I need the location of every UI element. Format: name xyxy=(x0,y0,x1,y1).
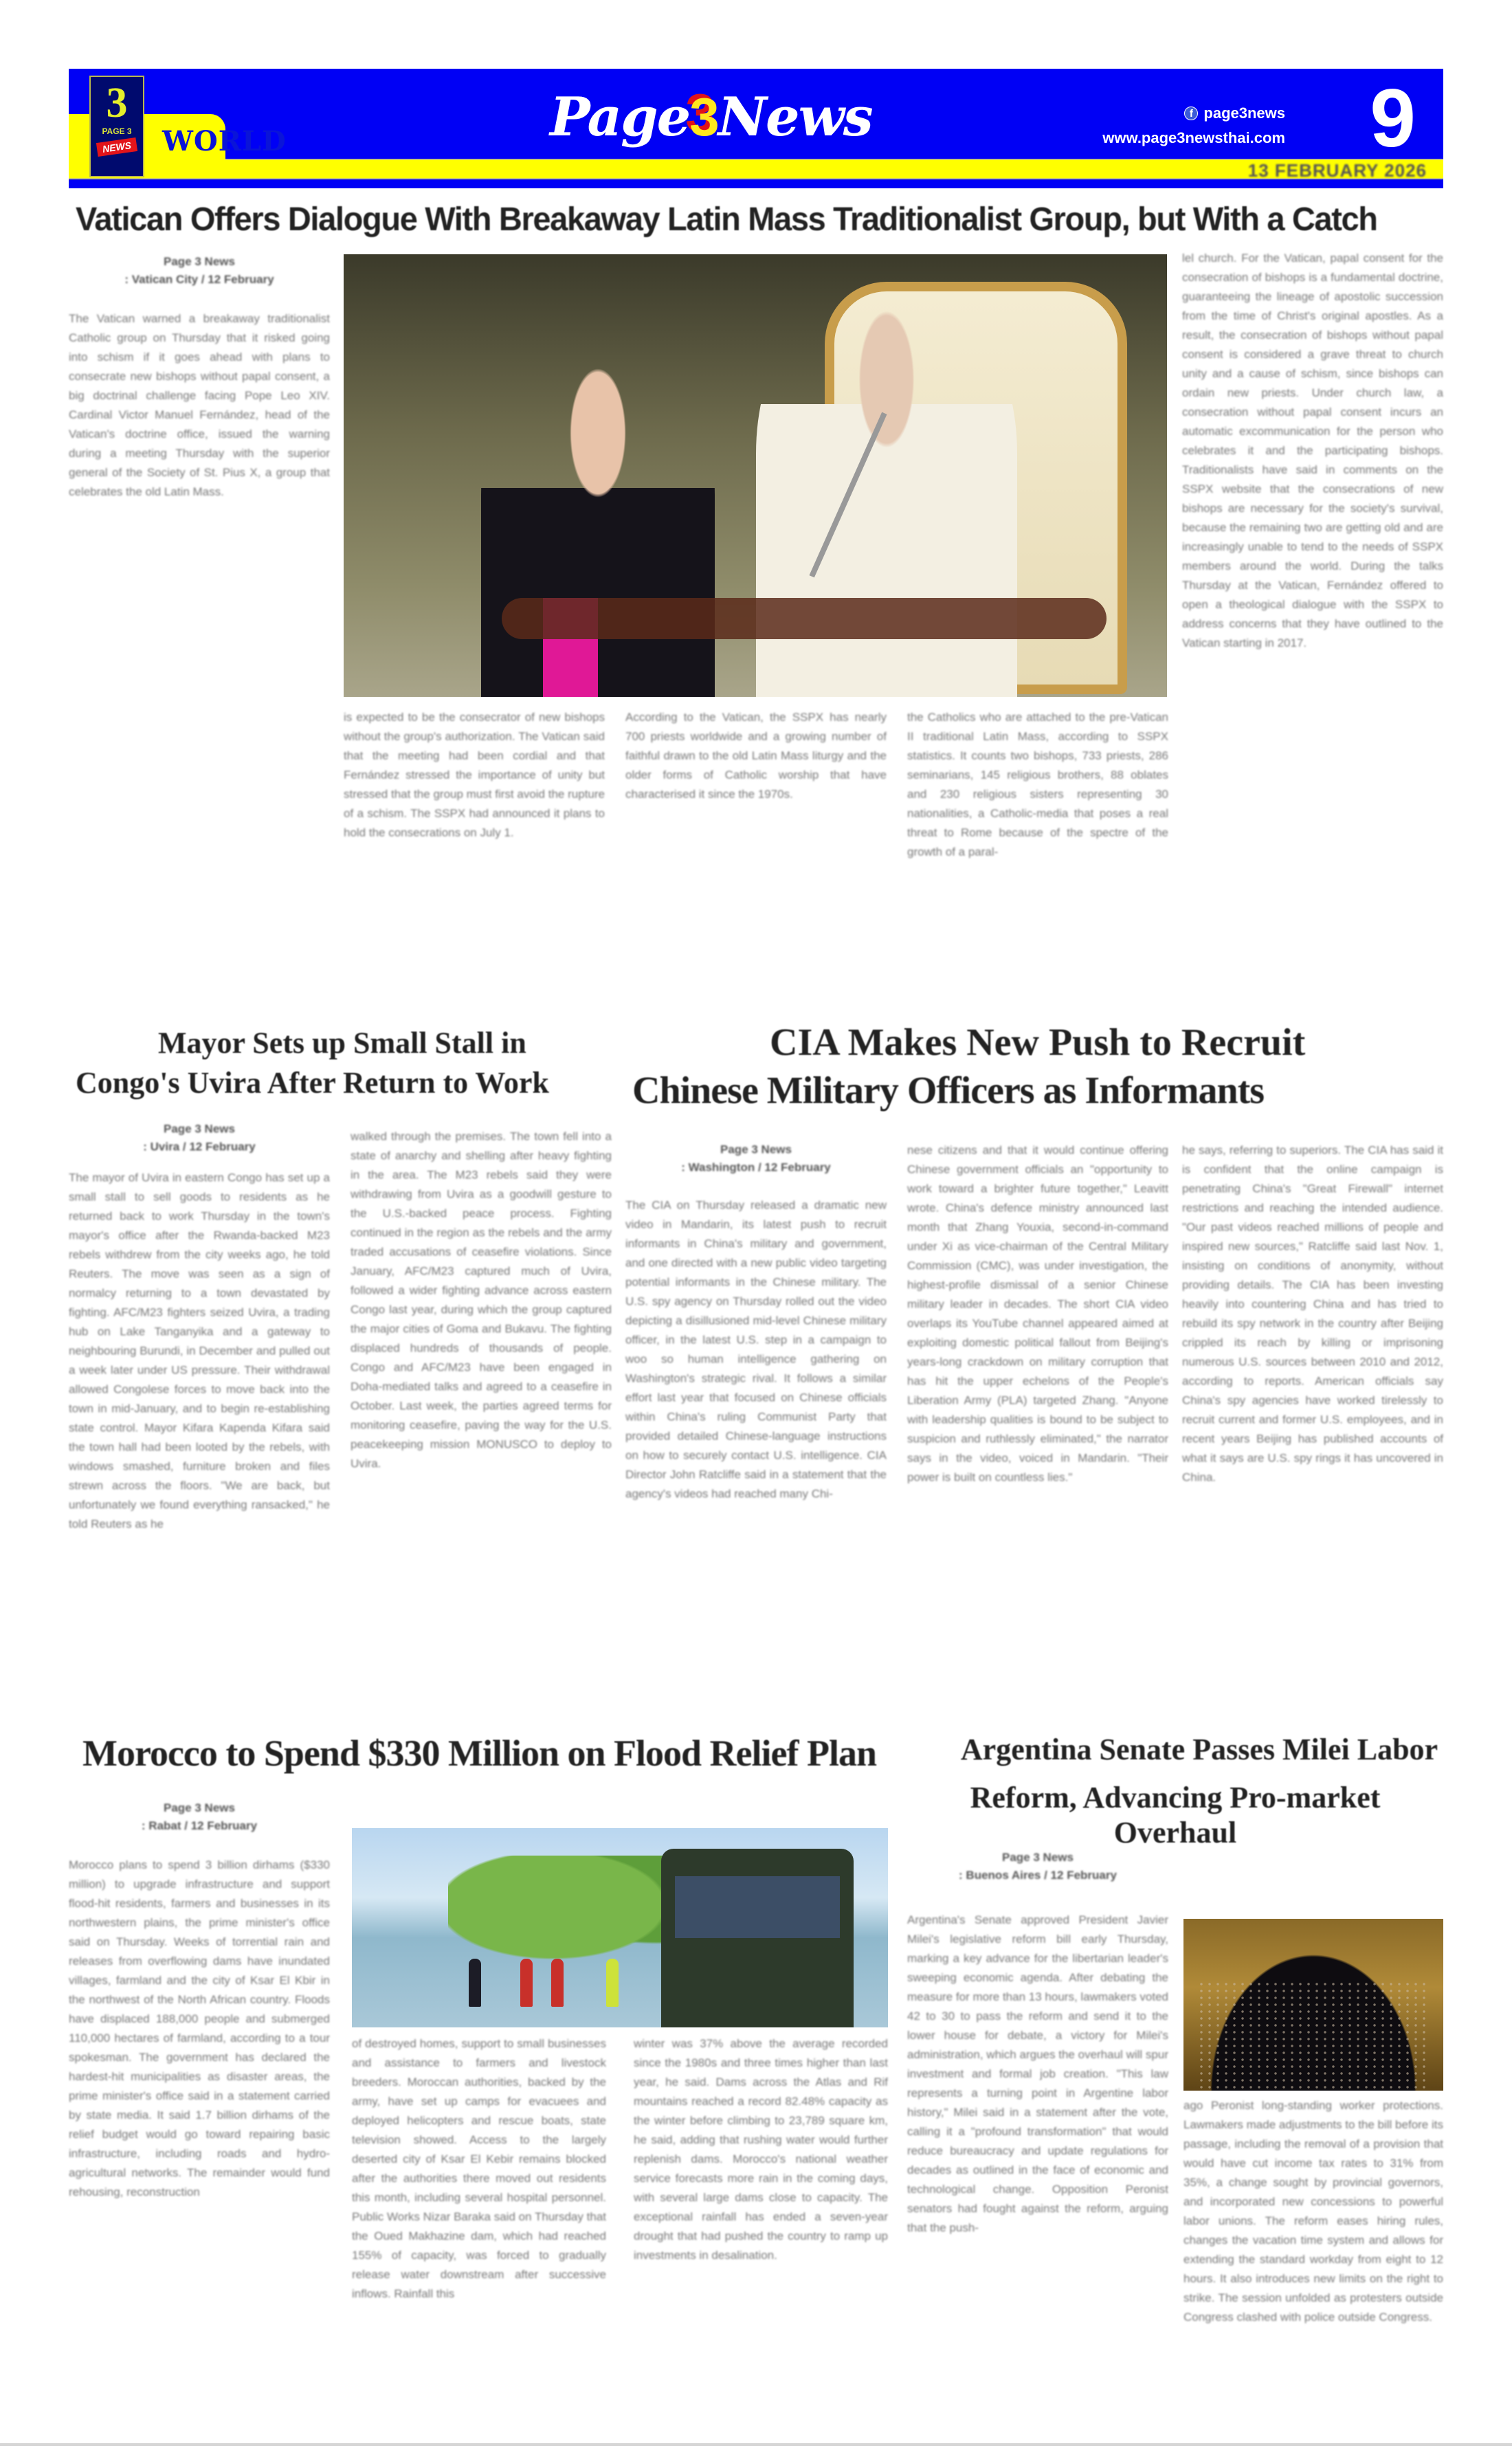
facebook-handle: page3news xyxy=(1203,104,1285,122)
morocco-column-1: Morocco plans to spend 3 billion dirhams… xyxy=(69,1856,330,2405)
website-link[interactable]: www.page3newsthai.com xyxy=(1102,129,1285,147)
vatican-column-5: lel church. For the Vatican, papal conse… xyxy=(1182,249,1443,984)
argentina-byline: Page 3 News : Buenos Aires / 12 February xyxy=(907,1849,1168,1884)
brand-number: 3 xyxy=(689,87,718,147)
cia-column-2: nese citizens and that it would continue… xyxy=(907,1141,1168,1691)
argentina-headline-line-2: Reform, Advancing Pro-market Overhaul xyxy=(907,1780,1443,1850)
byline-source: Page 3 News xyxy=(69,253,330,271)
cia-column-3: he says, referring to superiors. The CIA… xyxy=(1182,1141,1443,1691)
morocco-byline: Page 3 News : Rabat / 12 February xyxy=(69,1799,330,1835)
masthead-yellow-band xyxy=(69,159,1443,179)
byline-source: Page 3 News xyxy=(69,1120,330,1138)
morocco-column-3: winter was 37% above the average recorde… xyxy=(634,2034,888,2405)
byline-source: Page 3 News xyxy=(69,1799,330,1817)
logo-page-label: PAGE 3 xyxy=(102,126,131,136)
morocco-headline: Morocco to Spend $330 Million on Flood R… xyxy=(82,1732,893,1774)
byline-source: Page 3 News xyxy=(625,1141,887,1159)
congo-column-2: walked through the premises. The town fe… xyxy=(351,1127,612,1691)
byline-dateline: : Vatican City / 12 February xyxy=(69,271,330,289)
chair-armrest xyxy=(502,598,1107,639)
vatican-column-1: The Vatican warned a breakaway tradition… xyxy=(69,309,330,997)
rescuer xyxy=(520,1959,533,2007)
vatican-photo xyxy=(344,254,1167,697)
vatican-column-2: is expected to be the consecrator of new… xyxy=(344,708,605,983)
page-number: 9 xyxy=(1370,77,1416,159)
vatican-byline: Page 3 News : Vatican City / 12 February xyxy=(69,253,330,289)
masthead: 3 PAGE 3 NEWS WORLD Page3News f page3new… xyxy=(69,69,1443,188)
contact-info: f page3news www.page3newsthai.com xyxy=(1102,104,1285,147)
military-truck xyxy=(661,1849,854,2027)
facebook-link[interactable]: f page3news xyxy=(1102,104,1285,122)
congo-headline-line-2: Congo's Uvira After Return to Work xyxy=(76,1065,639,1100)
brand-suffix: News xyxy=(718,86,872,148)
brand-wordmark: Page3News xyxy=(550,82,872,152)
cardinal-figure xyxy=(481,357,715,697)
section-label: WORLD xyxy=(162,125,287,157)
logo-number: 3 xyxy=(107,82,128,124)
byline-dateline: : Uvira / 12 February xyxy=(69,1138,330,1156)
truck-windshield xyxy=(675,1876,840,1938)
cia-byline: Page 3 News : Washington / 12 February xyxy=(625,1141,887,1177)
cia-column-1: The CIA on Thursday released a dramatic … xyxy=(625,1196,887,1691)
argentina-senate-photo xyxy=(1183,1919,1443,2091)
brand-prefix: Page xyxy=(550,86,689,148)
argentina-headline-line-1: Argentina Senate Passes Milei Labor xyxy=(955,1732,1443,1767)
congo-headline-line-1: Mayor Sets up Small Stall in xyxy=(158,1025,639,1060)
rescuer xyxy=(606,1959,619,2007)
byline-dateline: : Rabat / 12 February xyxy=(69,1817,330,1835)
issue-date: 13 FEBRUARY 2026 xyxy=(1248,160,1427,181)
person xyxy=(469,1959,481,2007)
facebook-icon: f xyxy=(1184,107,1198,120)
page3-logo: 3 PAGE 3 NEWS xyxy=(89,76,144,177)
vatican-column-3: According to the Vatican, the SSPX has n… xyxy=(625,708,887,983)
senate-crowd xyxy=(1197,1981,1430,2091)
morocco-column-2: of destroyed homes, support to small bus… xyxy=(352,2034,606,2405)
page-bottom-rule xyxy=(0,2443,1512,2446)
logo-news-label: NEWS xyxy=(96,137,137,157)
cia-headline-line-1: CIA Makes New Push to Recruit xyxy=(770,1021,1443,1065)
argentina-column-2: ago Peronist long-standing worker protec… xyxy=(1183,2096,1443,2405)
byline-source: Page 3 News xyxy=(907,1849,1168,1867)
newspaper-page: 3 PAGE 3 NEWS WORLD Page3News f page3new… xyxy=(69,69,1443,2426)
morocco-flood-photo xyxy=(352,1828,888,2027)
argentina-column-1: Argentina's Senate approved President Ja… xyxy=(907,1911,1168,2405)
byline-dateline: : Buenos Aires / 12 February xyxy=(907,1867,1168,1884)
congo-byline: Page 3 News : Uvira / 12 February xyxy=(69,1120,330,1156)
vatican-column-4: the Catholics who are attached to the pr… xyxy=(907,708,1168,983)
vatican-headline: Vatican Offers Dialogue With Breakaway L… xyxy=(76,201,1416,238)
byline-dateline: : Washington / 12 February xyxy=(625,1159,887,1177)
congo-column-1: The mayor of Uvira in eastern Congo has … xyxy=(69,1168,330,1691)
cia-headline-line-2: Chinese Military Officers as Informants xyxy=(632,1069,1443,1113)
rescuer xyxy=(551,1959,564,2007)
